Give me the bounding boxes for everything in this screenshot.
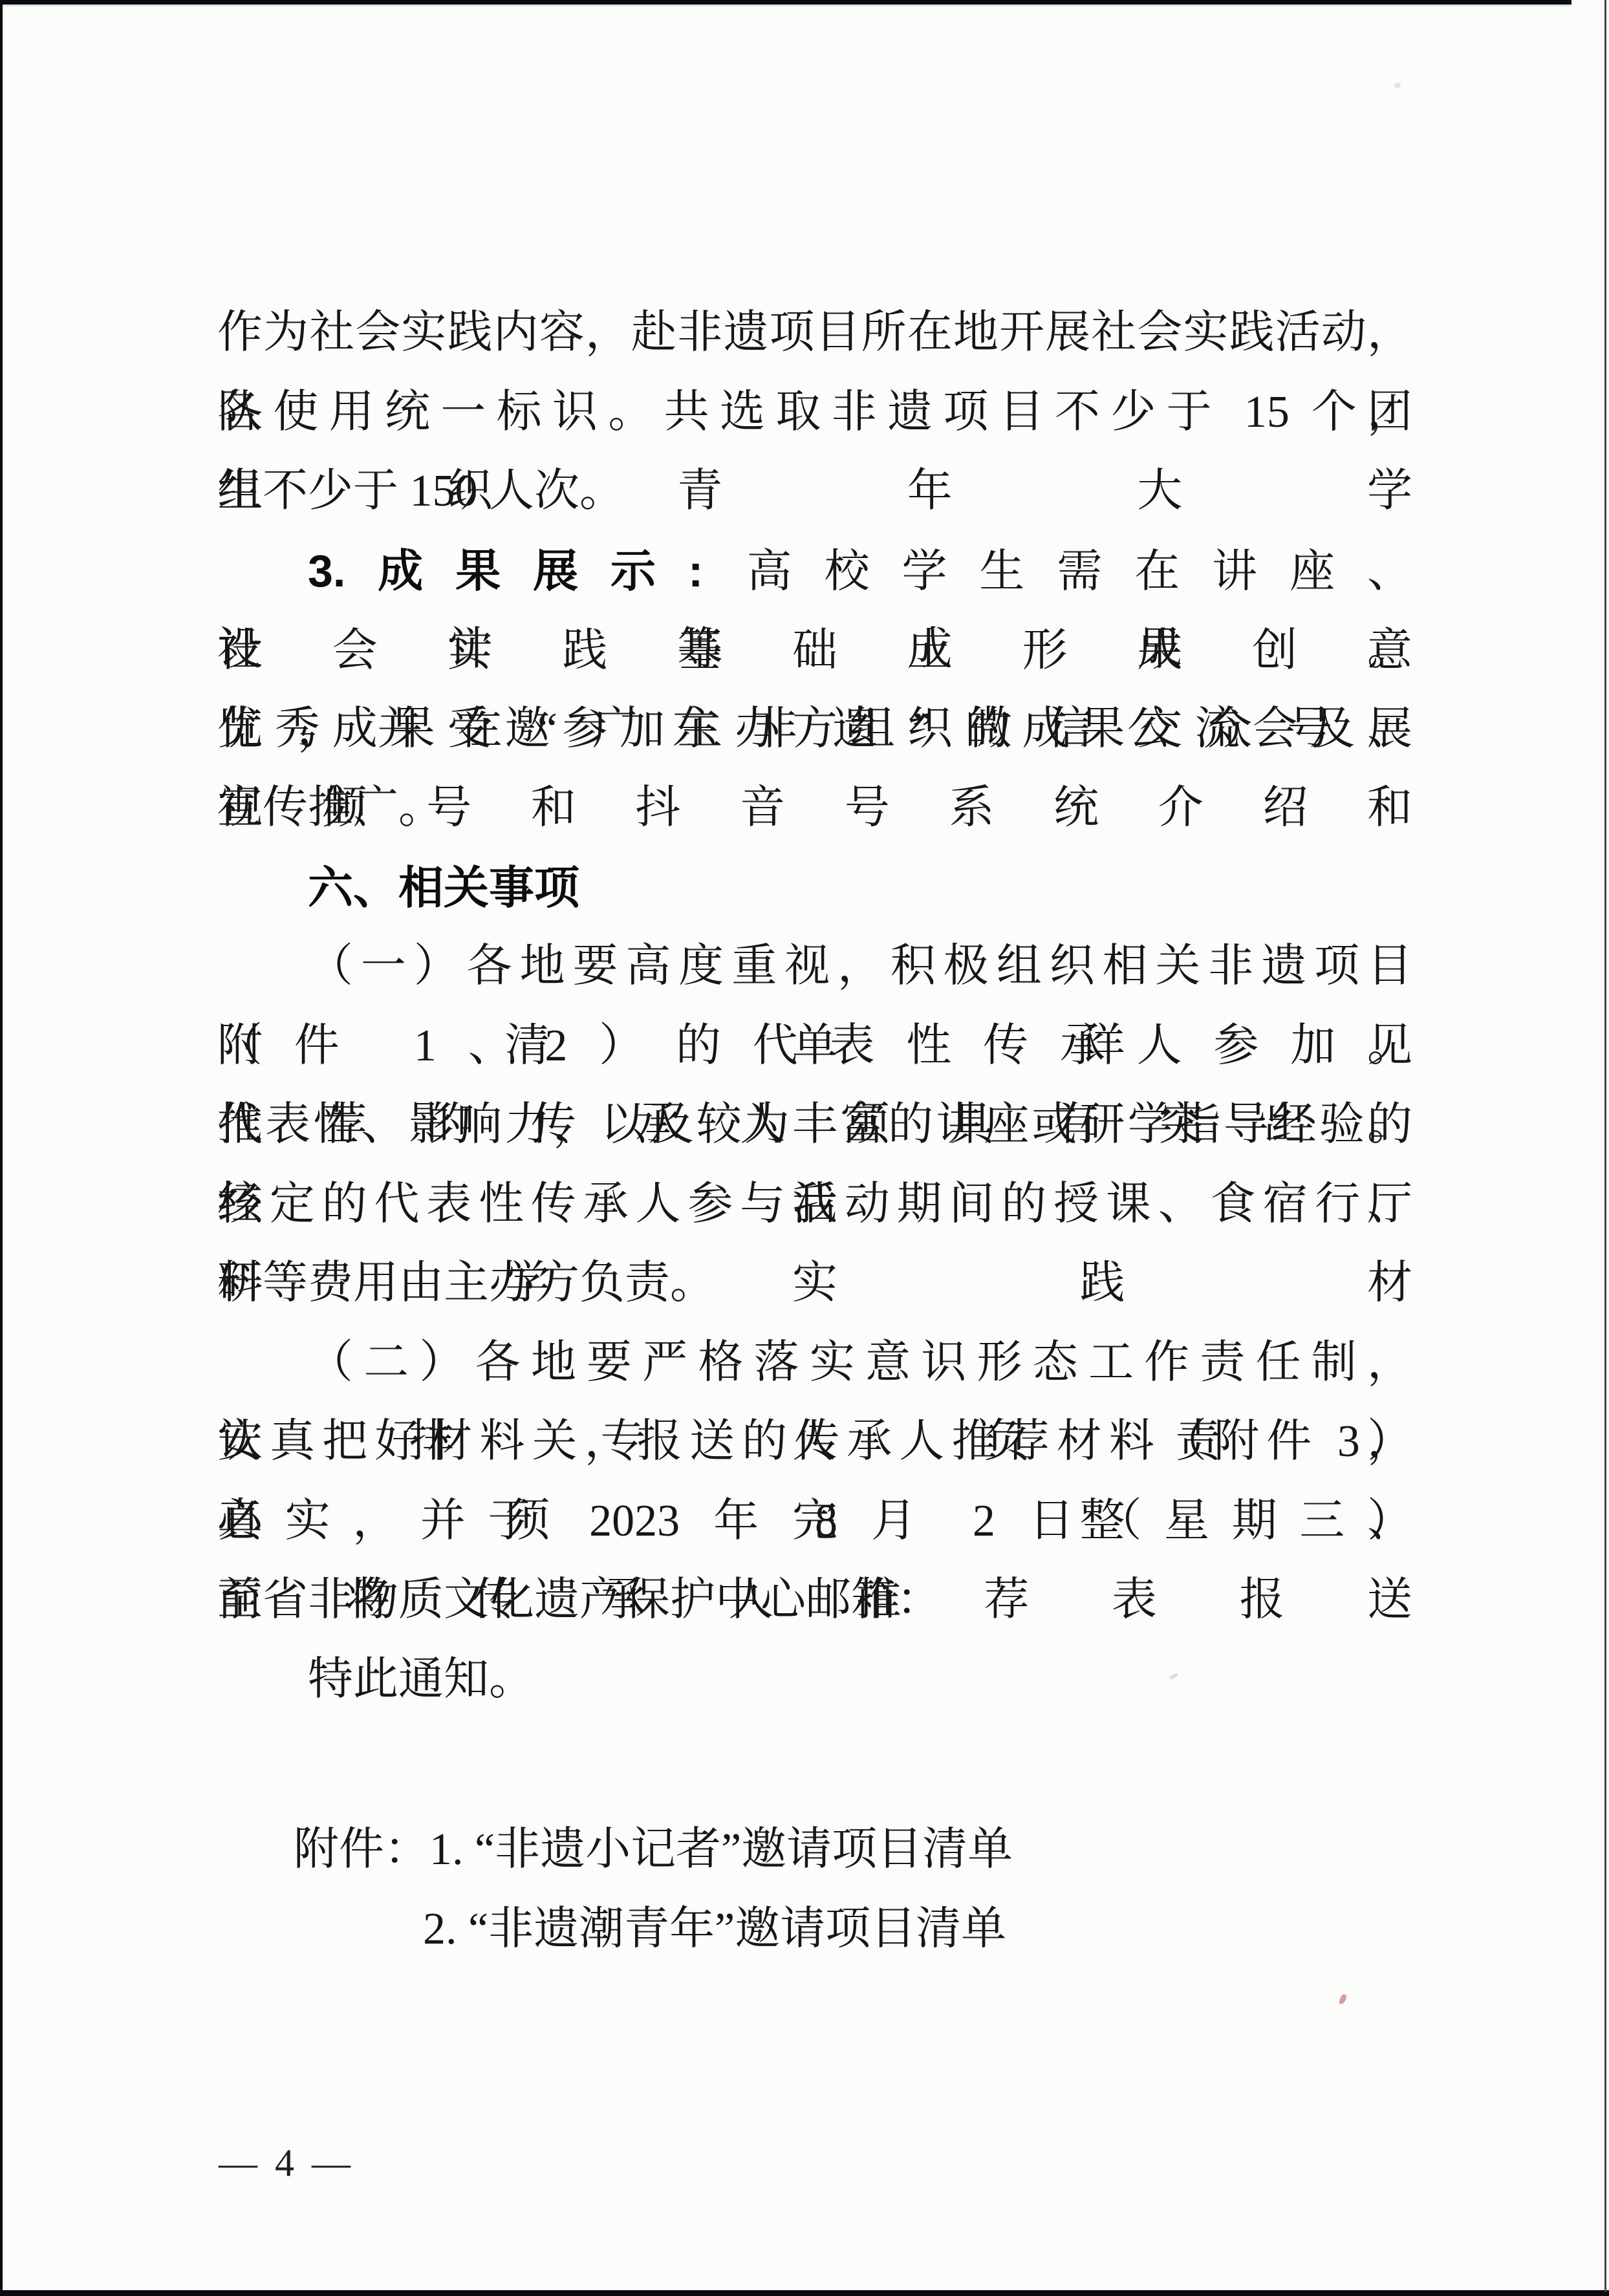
text-line: （二）各地要严格落实意识形态工作责任制，安排专人负责，: [217, 1324, 1412, 1403]
page-number: — 4 —: [219, 2141, 354, 2184]
text-line: 认真把好材料关，报送的传承人推荐材料（附件 3）必须完整、: [217, 1402, 1412, 1482]
text-line: 3.成果展示: 高校学生需在讲座、社会实践基础上形成创意: [217, 531, 1412, 611]
bold-text: 3.成果展示:: [308, 546, 703, 596]
text-line: 六、相关事项: [217, 848, 1412, 928]
body-text: 生不少于 150 人次。: [217, 466, 625, 516]
body-text: 附件：1. “非遗小记者”邀请项目清单: [294, 1825, 1013, 1874]
body-text: 至省非物质文化遗产保护中心邮箱：: [217, 1575, 942, 1625]
text-line: 览，并在“广东非遗”微信公众号、视频号和抖音号系统介绍和: [217, 690, 1412, 769]
body-text: 料等费用由主办方负责。: [217, 1258, 715, 1308]
body-text: 宣传推广。: [217, 783, 444, 833]
text-line: 设计等成果。优秀成果受邀参加主办方组织的成果交流会及展: [217, 610, 1412, 690]
text-line: 附件：1. “非遗小记者”邀请项目清单: [217, 1810, 1412, 1890]
scan-edge-left: [0, 0, 3, 2296]
bold-text: 六、相关事项: [308, 863, 579, 913]
scan-speck: [1394, 83, 1401, 88]
scan-edge-top: [0, 0, 1571, 5]
text-line: （一）各地要高度重视，积极组织相关非遗项目（清单详见: [217, 927, 1412, 1007]
text-line: 2. “非遗潮青年”邀请项目清单: [217, 1890, 1412, 1969]
text-line: 作为社会实践内容，赴非遗项目所在地开展社会实践活动，各团: [217, 294, 1412, 373]
scan-edge-bottom: [0, 2290, 1609, 2296]
document-page: 作为社会实践内容，赴非遗项目所在地开展社会实践活动，各团队使用统一标识。共选取非…: [0, 0, 1609, 2296]
scan-speck: [1339, 1993, 1348, 2005]
text-line: 代表性、影响力，以及较为丰富的讲座或研学指导经验。经我厅: [217, 1086, 1412, 1165]
document-lines: 作为社会实践内容，赴非遗项目所在地开展社会实践活动，各团队使用统一标识。共选取非…: [217, 294, 1412, 1719]
body-text: 2. “非遗潮青年”邀请项目清单: [423, 1904, 1006, 1954]
text-line: 附件 1、2）的代表性传承人参加。推荐的传承人须具有突出的: [217, 1007, 1412, 1086]
text-line: 队使用统一标识。共选取非遗项目不少于 15 个，组织青年大学: [217, 373, 1412, 453]
text-line: 核定的代表性传承人参与活动期间的授课、食宿行、研学实践材: [217, 1165, 1412, 1245]
scan-edge-top-tint: [0, 5, 1571, 6]
scan-edge-right: [1604, 0, 1606, 2292]
text-line: 真实，并于 2023 年 8 月 2 日（星期三）前将传承人推荐表报送: [217, 1482, 1412, 1561]
body-text: 特此通知。: [308, 1655, 534, 1704]
attachment-lines: 附件：1. “非遗小记者”邀请项目清单2. “非遗潮青年”邀请项目清单: [217, 1810, 1412, 1969]
text-line: 特此通知。: [217, 1640, 1412, 1720]
